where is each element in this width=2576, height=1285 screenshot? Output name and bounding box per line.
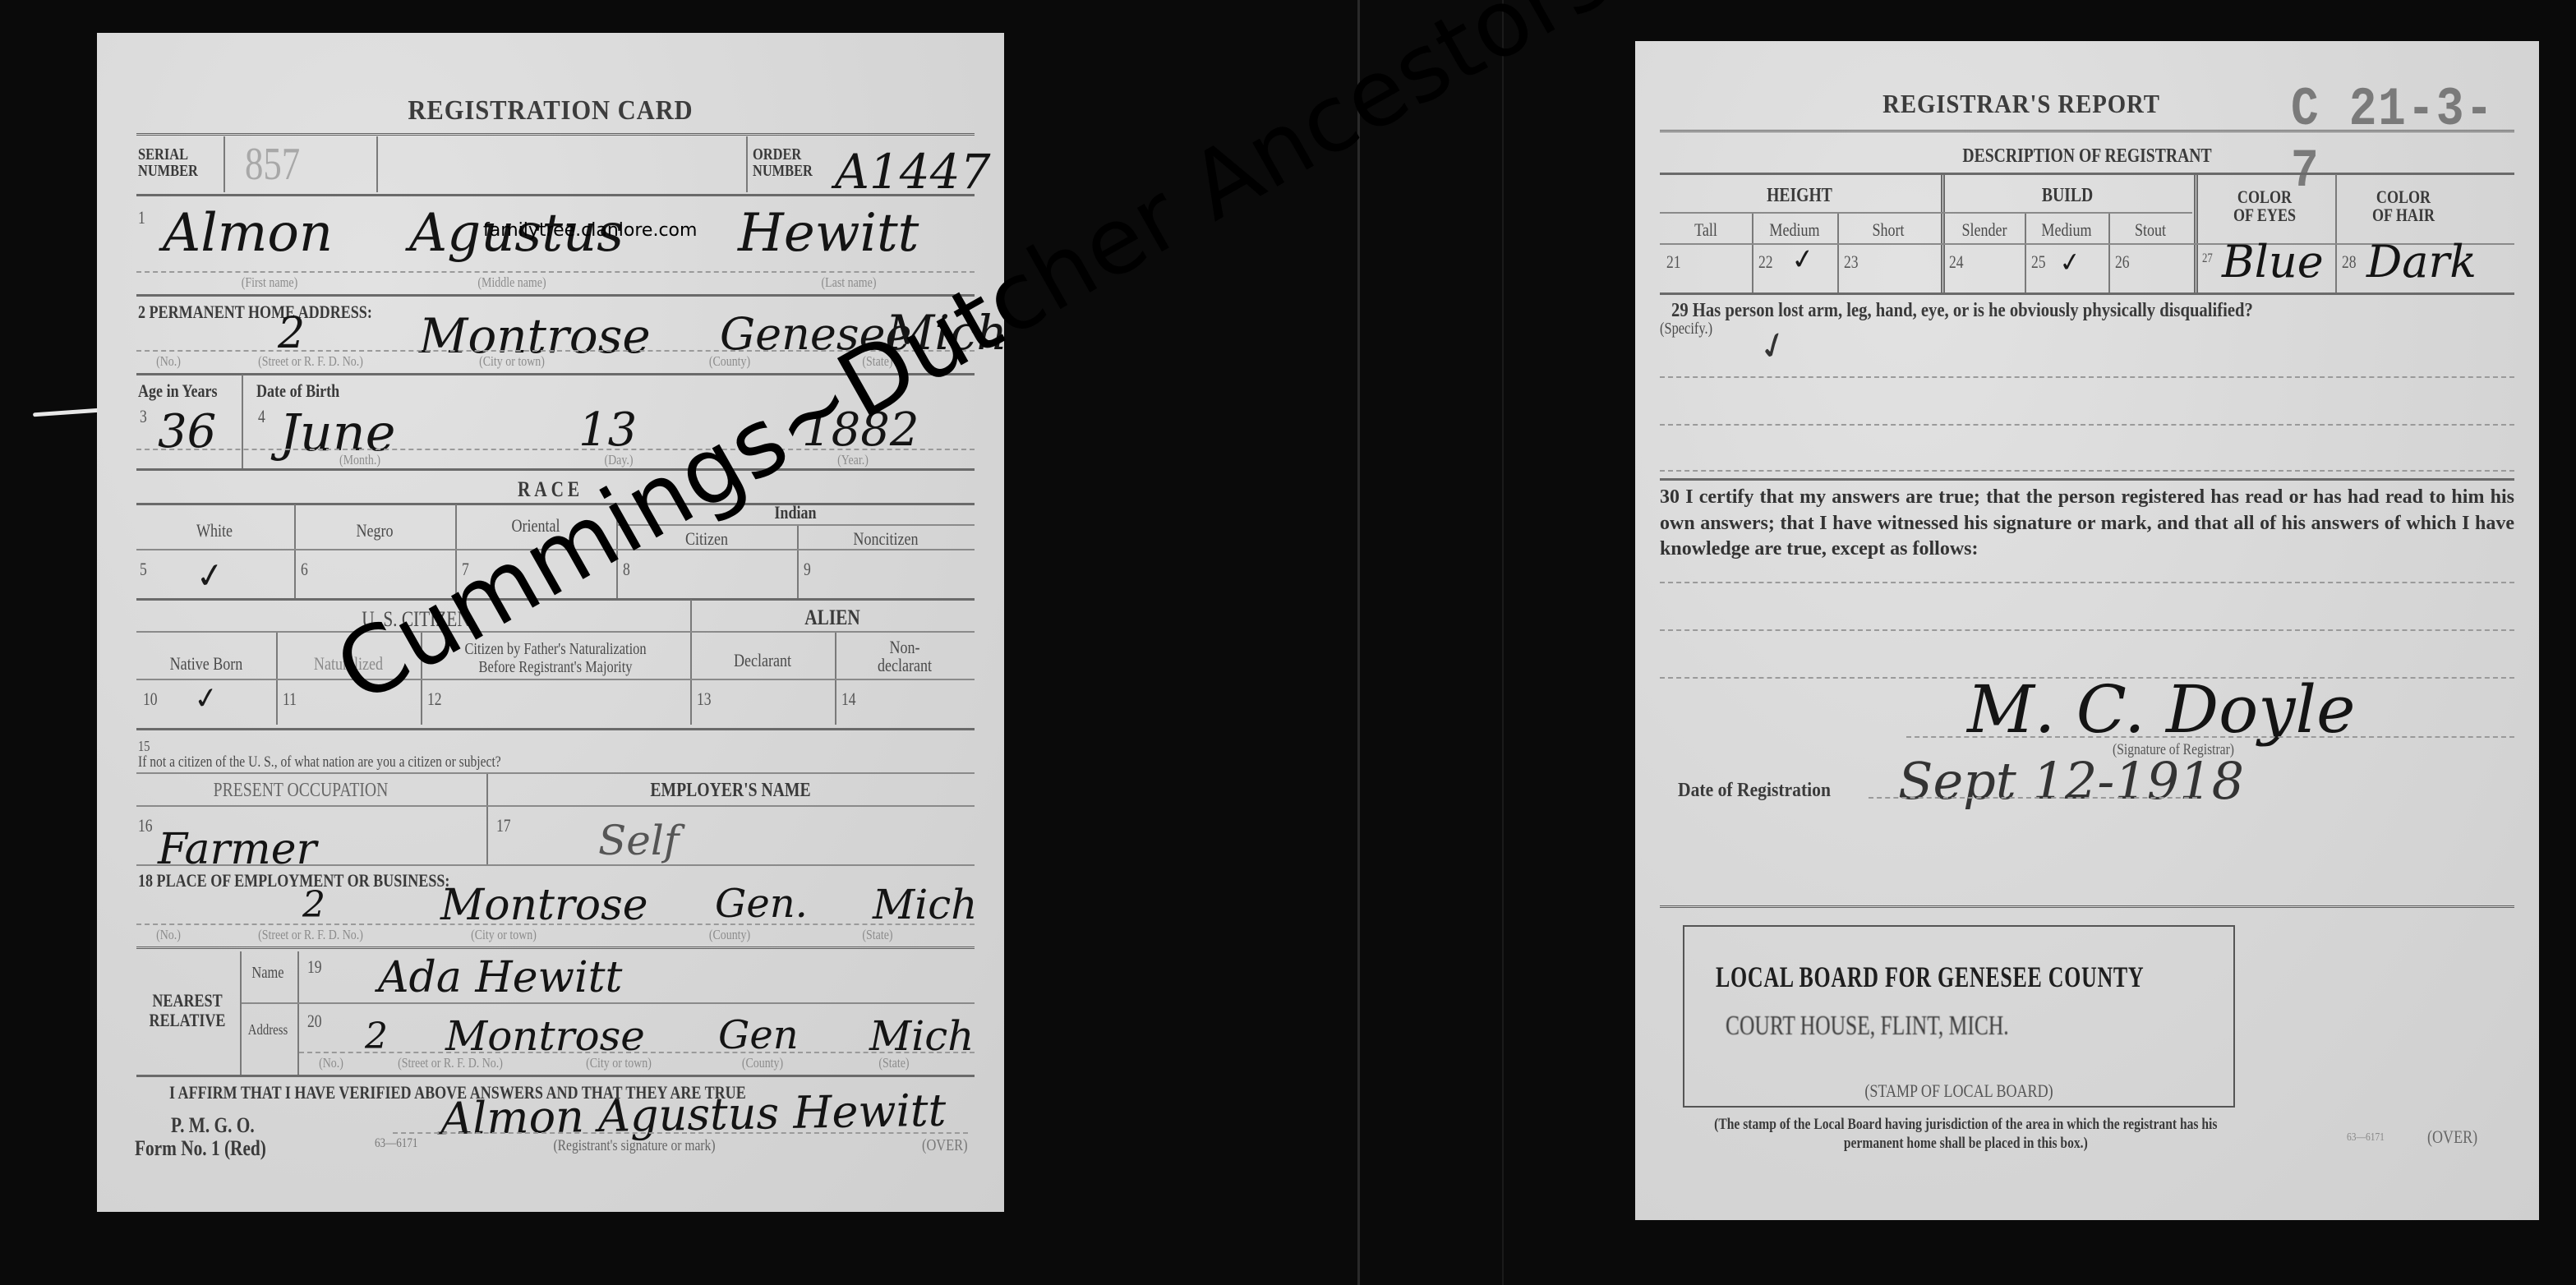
local-board-stamp-line: COURT HOUSE, FLINT, MICH. [1726,1011,2009,1042]
relative-address-state: Mich [869,1016,974,1057]
divider [136,946,975,951]
order-number-value: A1447 [835,148,991,196]
registration-date-label: Date of Registration [1678,781,1831,801]
divider [136,805,975,807]
card-title: REGISTRATION CARD [142,95,959,127]
build-medium-label: Medium [2032,220,2101,239]
dob-day: 13 [578,408,637,454]
alien-heading: ALIEN [716,606,949,629]
race-negro-label: Negro [309,521,441,540]
divider [1660,130,2514,135]
native-born-label: Native Born [149,654,263,673]
field-number: 14 [841,689,856,710]
serial-label: SERIAL [138,146,188,164]
print-code: 63—6171 [375,1137,417,1151]
dotted-line [1869,797,2197,799]
hair-color-value: Dark [2366,240,2477,284]
declarant-label: Declarant [703,651,822,670]
stamp-note: (The stamp of the Local Board having jur… [1686,1116,2246,1154]
first-name-caption: (First name) [223,274,317,291]
foreign-nation-question: If not a citizen of the U. S., of what n… [138,754,501,771]
dotted-line [1660,424,2514,426]
field-number: 13 [697,689,712,710]
race-heading: RACE [178,478,922,500]
print-code: 63—6171 [2347,1132,2385,1145]
field-number: 25 [2031,251,2046,273]
form-id: P. M. G. O. [171,1114,255,1136]
divider [2194,174,2198,292]
divider [2025,214,2026,292]
field-number: 11 [283,689,297,710]
divider [1660,905,2514,910]
divider [746,136,748,192]
home-address-label: 2 PERMANENT HOME ADDRESS: [138,302,372,321]
hair-color-label: OF HAIR [2348,205,2459,224]
field-number: 23 [1844,251,1859,273]
site-watermark: familytree.clanlore.com [483,220,697,241]
caption: (Month.) [326,452,394,468]
last-name-value: Hewitt [738,207,919,260]
field-number: 28 [2342,251,2357,273]
employer-value: Self [598,820,679,861]
description-heading: DESCRIPTION OF REGISTRANT [1717,146,2458,167]
divider [1660,173,2514,175]
field-number: 3 [140,406,147,427]
eye-color-label: OF EYES [2210,205,2318,224]
dotted-line [299,1052,975,1053]
race-white-checkmark: ✓ [193,554,228,597]
last-name-caption: (Last name) [799,274,900,291]
caption: (Street or R. F. D. No.) [376,1055,524,1071]
divider [294,504,296,598]
height-medium-checkmark: ✓ [1789,242,1817,278]
non-declarant-label: declarant [847,656,961,675]
height-heading: HEIGHT [1685,186,1915,206]
dotted-line [1660,376,2514,378]
divider [2108,214,2110,292]
build-heading: BUILD [1966,186,2168,206]
divider [1837,214,1839,292]
caption: (No.) [145,927,191,943]
field-number: 4 [258,406,265,427]
certification-text: 30 I certify that my answers are true; t… [1660,485,2514,563]
divider [136,1075,975,1077]
employment-place-no: 2 [302,887,325,923]
divider [376,136,378,192]
field-number: 5 [140,559,147,580]
build-slender-label: Slender [1952,220,2017,239]
field-number: 6 [301,559,308,580]
dotted-line [1660,470,2514,472]
eye-color-value: Blue [2222,240,2324,284]
form-id: Form No. 1 (Red) [135,1137,266,1159]
divider [136,864,975,866]
film-scratch-line [1357,0,1360,1285]
height-medium-label: Medium [1759,220,1829,239]
stamp-caption: (STAMP OF LOCAL BOARD) [1732,1081,2185,1100]
caption: (State) [850,927,905,943]
order-label: NUMBER [753,163,813,180]
build-medium-checkmark: ✓ [2057,245,2083,279]
height-short-label: Short [1846,220,1930,239]
caption: (Street or R. F. D. No.) [237,927,385,943]
caption: (State) [867,1055,921,1071]
divider [1941,174,1945,292]
dotted-line [136,923,975,925]
caption: (Street or R. F. D. No.) [237,353,385,370]
employment-place-label: 18 PLACE OF EMPLOYMENT OR BUSINESS: [138,871,449,890]
divider [1660,292,2514,295]
field-number: 1 [138,207,145,228]
divider [136,631,975,633]
field-number: 16 [138,815,153,836]
caption: (City or town) [569,1055,670,1071]
native-born-checkmark: ✓ [191,680,221,717]
divider [223,136,225,192]
divider [136,772,975,774]
dotted-line [393,1132,968,1134]
divider [136,194,975,196]
caption: (City or town) [454,927,555,943]
divider [136,468,975,471]
dotted-line [1906,736,2514,738]
caption: (County) [696,353,763,370]
order-label: ORDER [753,146,801,164]
divider [1660,478,2514,481]
field-number: 21 [1666,251,1681,273]
field-number: 20 [307,1011,322,1032]
registration-card-back: REGISTRAR'S REPORT C 21-3-7 DESCRIPTION … [1635,41,2539,1220]
relative-name-label: Name [245,965,291,982]
divider [1752,214,1753,292]
divider [136,679,975,680]
over-label: (OVER) [2427,1127,2477,1146]
employment-place-city: Montrose [440,884,648,927]
field-number: 15 [138,738,150,755]
signature-caption: (Registrant's signature or mark) [527,1137,742,1155]
divider [242,1002,975,1004]
race-white-label: White [150,521,279,540]
employment-place-county: Gen. [715,884,808,923]
divider [797,526,799,598]
serial-label: NUMBER [138,163,198,180]
field-number: 17 [496,815,511,836]
divider [136,294,975,297]
first-name-value: Almon [163,207,333,260]
nearest-relative-label: NEAREST [145,991,229,1010]
film-scratch-line [1502,0,1504,1285]
dob-month: June [279,408,395,458]
field-number: 19 [307,956,322,978]
registrar-signature: M. C. Doyle [1967,677,2355,743]
occupation-heading: PRESENT OCCUPATION [166,781,435,801]
relative-name-value: Ada Hewitt [378,956,622,999]
divider [136,728,975,730]
caption: (No.) [307,1055,354,1071]
relative-address-city: Montrose [445,1016,645,1057]
divider [240,951,242,1075]
divider [242,375,243,468]
dotted-line [1660,629,2514,631]
disqualified-specify: (Specify.) [1660,320,1712,338]
divider [2335,174,2337,292]
dotted-line [1660,582,2514,583]
employer-heading: EMPLOYER'S NAME [530,781,930,801]
field-number: 26 [2115,251,2130,273]
divider [1660,212,2192,214]
home-address-no: 2 [278,312,305,355]
race-indian-noncitizen-label: Noncitizen [813,529,958,548]
dob-label: Date of Birth [256,381,339,400]
field-number: 10 [143,689,158,710]
field-number: 27 [2202,251,2213,266]
caption: (No.) [145,353,191,370]
caption: (City or town) [462,353,563,370]
middle-name-caption: (Middle name) [454,274,569,291]
field-number: 12 [427,689,442,710]
divider [486,774,488,866]
relative-address-county: Gen [718,1016,799,1055]
height-tall-label: Tall [1668,220,1744,239]
over-label: (OVER) [922,1137,968,1154]
nearest-relative-label: RELATIVE [145,1011,229,1029]
caption: (County) [696,927,763,943]
disqualified-checkmark: ✓ [1752,321,1795,371]
caption: (County) [729,1055,796,1071]
eye-color-label: COLOR [2210,187,2318,206]
registration-date-value: Sept 12-1918 [1898,756,2244,807]
hair-color-label: COLOR [2348,187,2459,206]
age-label: Age in Years [138,381,218,400]
non-declarant-label: Non- [847,638,961,656]
divider [690,600,692,725]
serial-number-value: 857 [245,138,300,191]
field-number: 9 [804,559,811,580]
build-stout-label: Stout [2116,220,2185,239]
disqualified-question: 29 Has person lost arm, leg, hand, eye, … [1671,301,2253,321]
local-board-stamp-line: LOCAL BOARD FOR GENESEE COUNTY [1716,960,2144,994]
field-number: 22 [1758,251,1773,273]
stamp-code: C 21-3-7 [2291,79,2502,202]
relative-address-no: 2 [365,1019,388,1055]
dotted-line [136,271,975,273]
employment-place-state: Mich [873,884,977,925]
relative-address-label: Address [245,1022,291,1038]
field-number: 24 [1949,251,1964,273]
divider [297,951,299,1075]
registrar-report-title: REGISTRAR'S REPORT [1836,89,2206,119]
